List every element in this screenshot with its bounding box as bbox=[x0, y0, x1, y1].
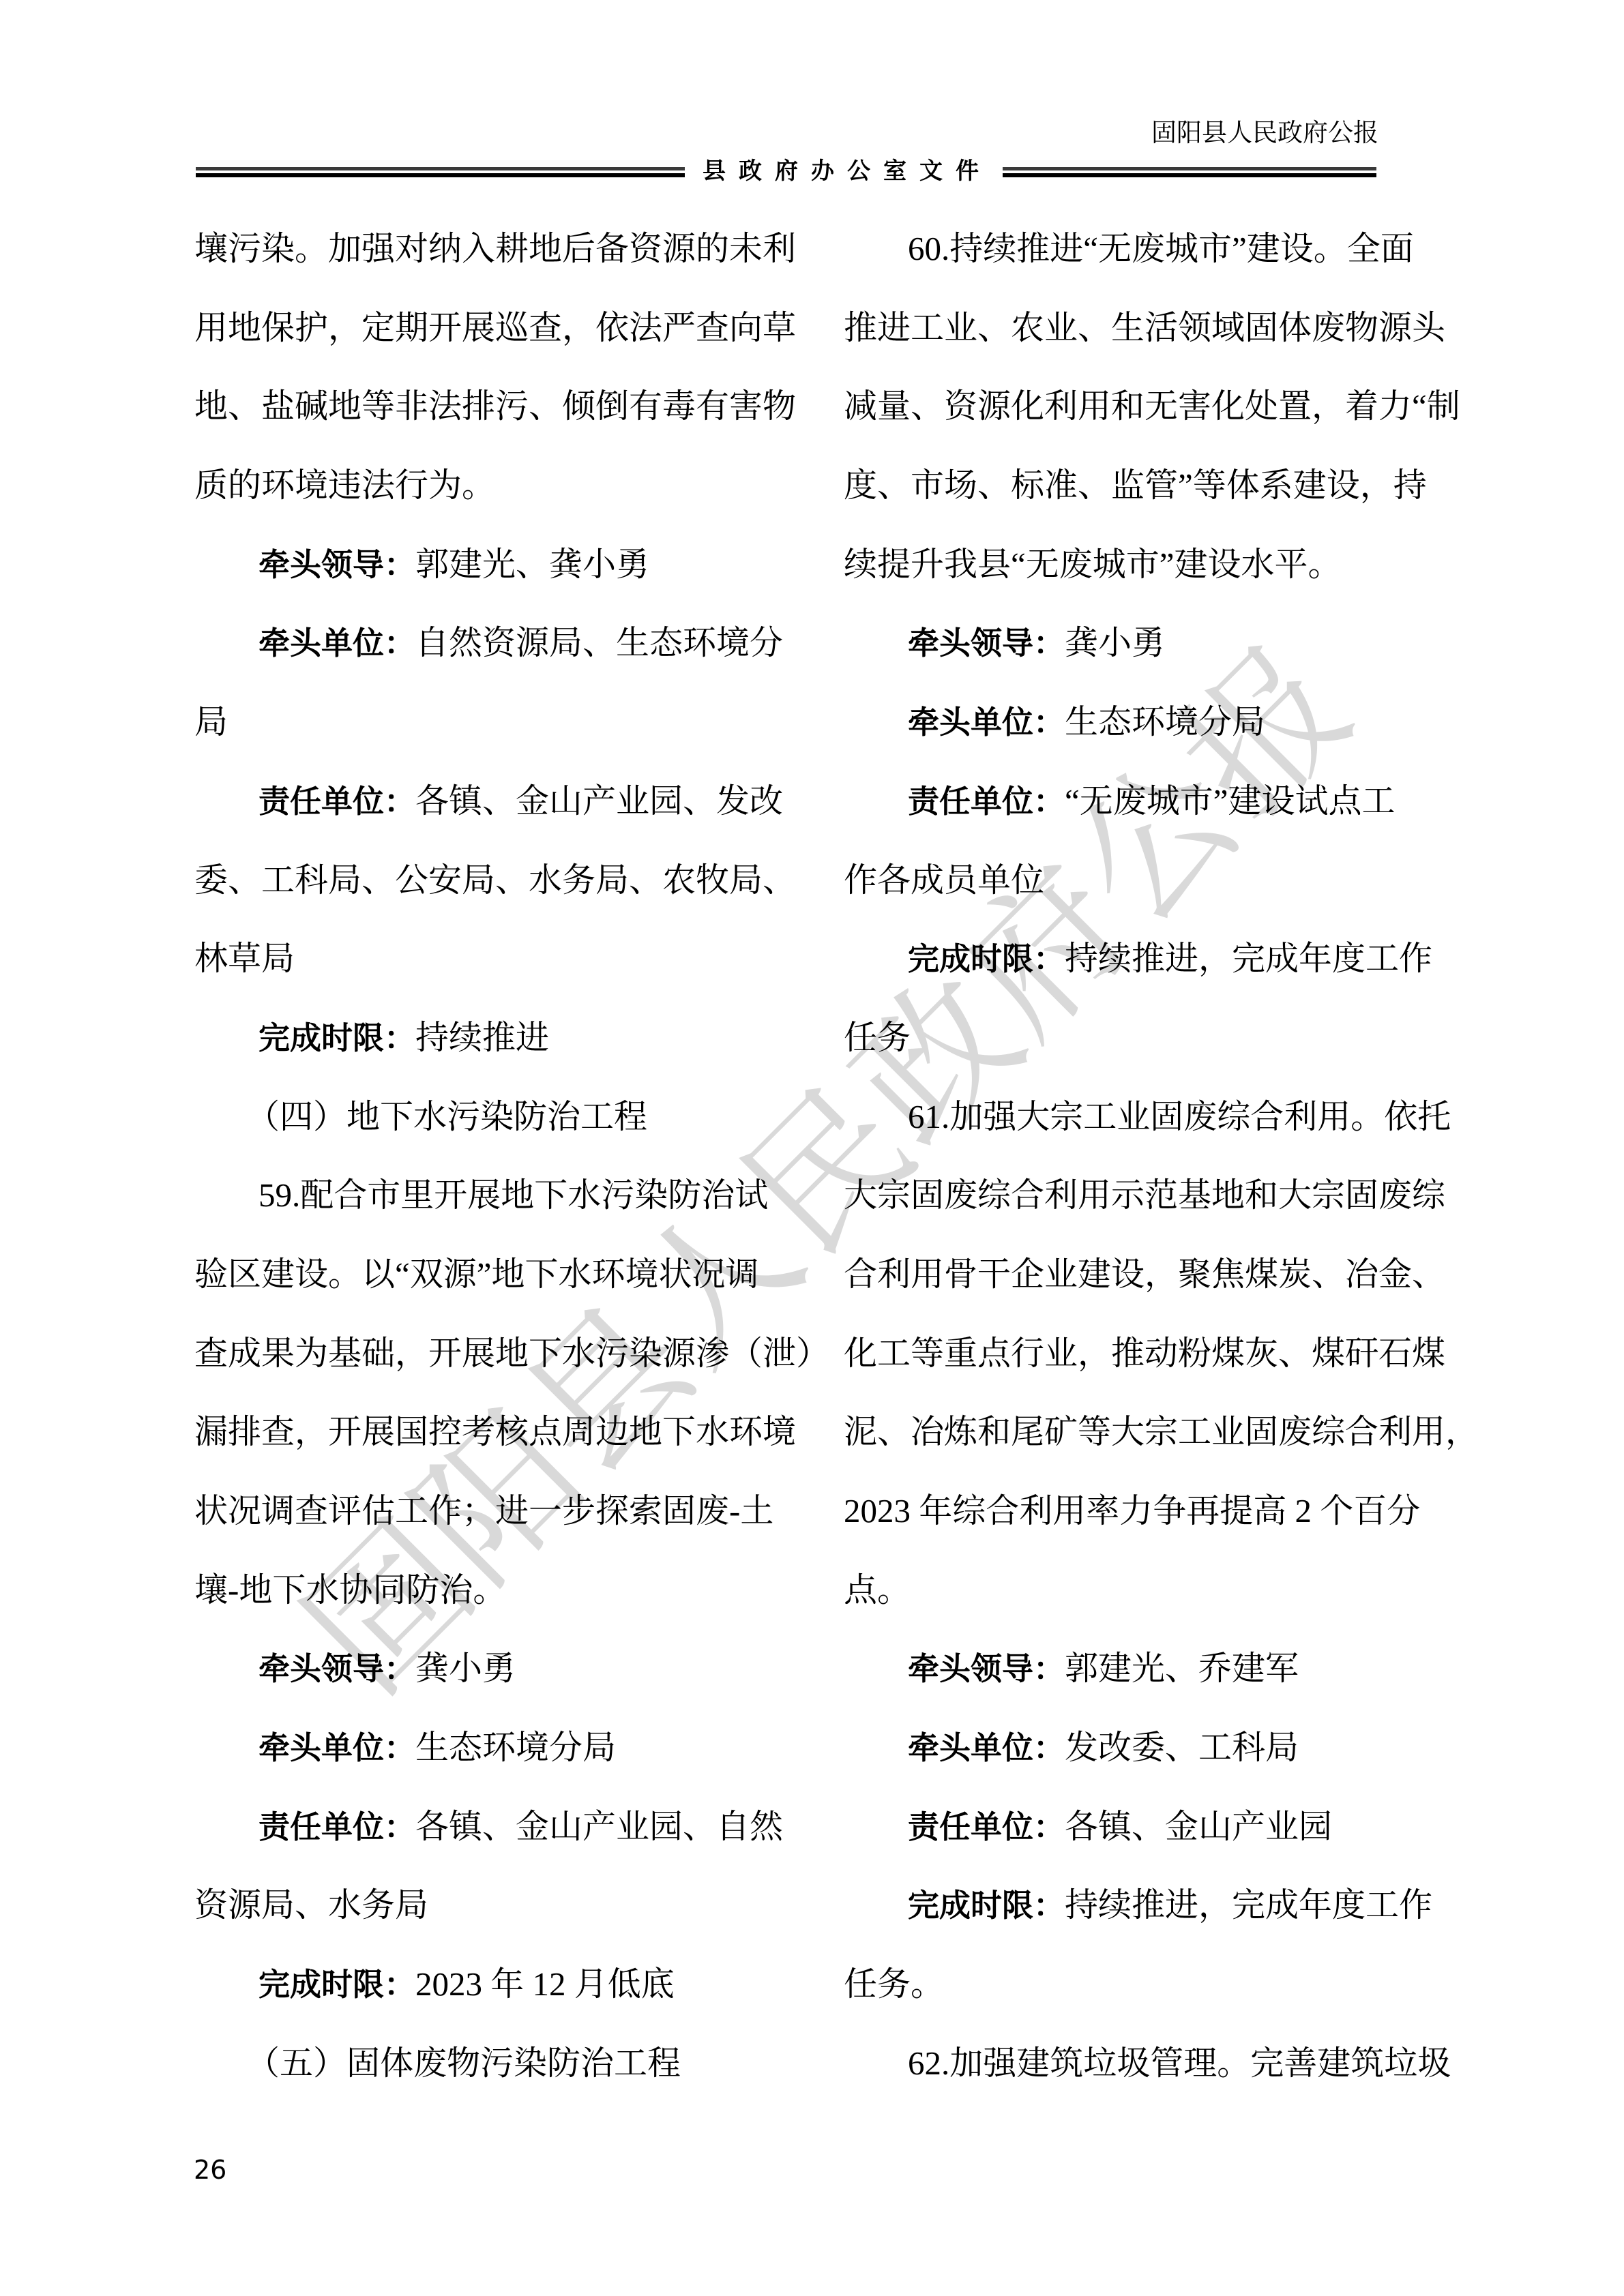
text-line: 林草局 bbox=[194, 929, 786, 1009]
field-label: 完成时限： bbox=[259, 1966, 415, 2003]
lead-leader-line: 牵头领导：郭建光、乔建军 bbox=[844, 1639, 1432, 1718]
field-label: 牵头单位： bbox=[259, 625, 415, 661]
header-double-rule-right bbox=[1003, 167, 1376, 178]
text-line: 状况调查评估工作；进一步探索固废-土 bbox=[194, 1482, 786, 1561]
text-line: 地、盐碱地等非法排污、倾倒有毒有害物 bbox=[194, 377, 786, 456]
field-label: 牵头领导： bbox=[908, 625, 1065, 661]
field-value: 各镇、金山产业园、发改 bbox=[415, 782, 783, 820]
item-heading: 60.持续推进“无废城市”建设。全面 bbox=[844, 220, 1432, 299]
field-value: 持续推进 bbox=[415, 1019, 549, 1056]
text-line: 化工等重点行业，推动粉煤灰、煤矸石煤 bbox=[844, 1324, 1432, 1403]
text-line: 作各成员单位 bbox=[844, 851, 1432, 930]
text-line: 查成果为基础，开展地下水污染源渗（泄） bbox=[194, 1324, 786, 1403]
lead-unit-line: 牵头单位：生态环境分局 bbox=[844, 693, 1432, 772]
text-line: 任务。 bbox=[844, 1955, 1432, 2034]
field-label: 牵头领导： bbox=[259, 1650, 415, 1687]
field-label: 牵头单位： bbox=[908, 1729, 1065, 1766]
section-heading: （四）地下水污染防治工程 bbox=[194, 1088, 786, 1167]
text-line: 资源局、水务局 bbox=[194, 1876, 786, 1955]
text-line: 任务 bbox=[844, 1009, 1432, 1088]
field-label: 责任单位： bbox=[908, 1808, 1065, 1845]
text-line: 用地保护，定期开展巡查，依法严查向草 bbox=[194, 299, 786, 378]
field-value: 各镇、金山产业园 bbox=[1065, 1808, 1332, 1845]
section-heading: （五）固体废物污染防治工程 bbox=[194, 2034, 786, 2113]
text-line: 减量、资源化利用和无害化处置，着力“制 bbox=[844, 377, 1432, 456]
deadline-line: 完成时限：持续推进，完成年度工作 bbox=[844, 929, 1432, 1009]
text-line: 局 bbox=[194, 693, 786, 772]
page-number: 26 bbox=[194, 2155, 226, 2185]
text-line: 续提升我县“无废城市”建设水平。 bbox=[844, 535, 1432, 614]
text-line: 度、市场、标准、监管”等体系建设，持 bbox=[844, 456, 1432, 535]
left-column: 壤污染。加强对纳入耕地后备资源的未利 用地保护，定期开展巡查，依法严查向草 地、… bbox=[194, 220, 786, 2113]
field-value: 生态环境分局 bbox=[415, 1729, 616, 1766]
lead-leader-line: 牵头领导：龚小勇 bbox=[194, 1639, 786, 1718]
field-value: 龚小勇 bbox=[1065, 624, 1165, 661]
text-line: 壤污染。加强对纳入耕地后备资源的未利 bbox=[194, 220, 786, 299]
publication-name: 固阳县人民政府公报 bbox=[1151, 117, 1378, 150]
text-line: 委、工科局、公安局、水务局、农牧局、 bbox=[194, 851, 786, 930]
field-value: 自然资源局、生态环境分 bbox=[415, 624, 783, 661]
text-line: 验区建设。以“双源”地下水环境状况调 bbox=[194, 1245, 786, 1324]
text-line: 合利用骨干企业建设，聚焦煤炭、冶金、 bbox=[844, 1245, 1432, 1324]
text-line: 2023 年综合利用率力争再提高 2 个百分 bbox=[844, 1482, 1432, 1561]
field-label: 责任单位： bbox=[259, 1808, 415, 1845]
item-heading: 62.加强建筑垃圾管理。完善建筑垃圾 bbox=[844, 2034, 1432, 2113]
responsible-unit-line: 责任单位：各镇、金山产业园 bbox=[844, 1798, 1432, 1877]
field-label: 牵头单位： bbox=[908, 704, 1065, 741]
text-line: 推进工业、农业、生活领域固体废物源头 bbox=[844, 299, 1432, 378]
responsible-unit-line: 责任单位：各镇、金山产业园、发改 bbox=[194, 772, 786, 851]
field-label: 完成时限： bbox=[259, 1019, 415, 1056]
field-label: 责任单位： bbox=[908, 783, 1065, 820]
text-line: 质的环境违法行为。 bbox=[194, 456, 786, 535]
lead-leader-line: 牵头领导：龚小勇 bbox=[844, 614, 1432, 693]
field-value: 郭建光、龚小勇 bbox=[415, 546, 649, 583]
field-value: 各镇、金山产业园、自然 bbox=[415, 1808, 783, 1845]
field-value: 2023 年 12 月低底 bbox=[415, 1965, 675, 2003]
lead-leader-line: 牵头领导：郭建光、龚小勇 bbox=[194, 535, 786, 614]
header-double-rule-left bbox=[196, 167, 685, 178]
deadline-line: 完成时限：2023 年 12 月低底 bbox=[194, 1955, 786, 2034]
field-value: 发改委、工科局 bbox=[1065, 1729, 1299, 1766]
field-label: 完成时限： bbox=[908, 1887, 1065, 1924]
item-heading: 61.加强大宗工业固废综合利用。依托 bbox=[844, 1088, 1432, 1167]
item-heading: 59.配合市里开展地下水污染防治试 bbox=[194, 1166, 786, 1245]
field-label: 责任单位： bbox=[259, 783, 415, 820]
field-value: 郭建光、乔建军 bbox=[1065, 1650, 1299, 1687]
text-line: 点。 bbox=[844, 1561, 1432, 1640]
text-line: 壤-地下水协同防治。 bbox=[194, 1561, 786, 1640]
responsible-unit-line: 责任单位：“无废城市”建设试点工 bbox=[844, 772, 1432, 851]
right-column: 60.持续推进“无废城市”建设。全面 推进工业、农业、生活领域固体废物源头 减量… bbox=[844, 220, 1432, 2113]
field-value: 生态环境分局 bbox=[1065, 703, 1265, 741]
lead-unit-line: 牵头单位：生态环境分局 bbox=[194, 1718, 786, 1798]
section-title: 县政府办公室文件 bbox=[703, 155, 992, 187]
field-label: 牵头领导： bbox=[908, 1650, 1065, 1687]
text-line: 大宗固废综合利用示范基地和大宗固废综 bbox=[844, 1166, 1432, 1245]
lead-unit-line: 牵头单位：自然资源局、生态环境分 bbox=[194, 614, 786, 693]
field-label: 完成时限： bbox=[908, 940, 1065, 977]
field-value: 持续推进，完成年度工作 bbox=[1065, 940, 1432, 977]
responsible-unit-line: 责任单位：各镇、金山产业园、自然 bbox=[194, 1798, 786, 1877]
text-line: 泥、冶炼和尾矿等大宗工业固废综合利用， bbox=[844, 1403, 1432, 1482]
lead-unit-line: 牵头单位：发改委、工科局 bbox=[844, 1718, 1432, 1798]
field-label: 牵头单位： bbox=[259, 1729, 415, 1766]
field-value: 持续推进，完成年度工作 bbox=[1065, 1886, 1432, 1924]
field-value: 龚小勇 bbox=[415, 1650, 516, 1687]
field-value: “无废城市”建设试点工 bbox=[1065, 782, 1396, 820]
text-line: 漏排查，开展国控考核点周边地下水环境 bbox=[194, 1403, 786, 1482]
deadline-line: 完成时限：持续推进，完成年度工作 bbox=[844, 1876, 1432, 1955]
deadline-line: 完成时限：持续推进 bbox=[194, 1009, 786, 1088]
field-label: 牵头领导： bbox=[259, 546, 415, 583]
